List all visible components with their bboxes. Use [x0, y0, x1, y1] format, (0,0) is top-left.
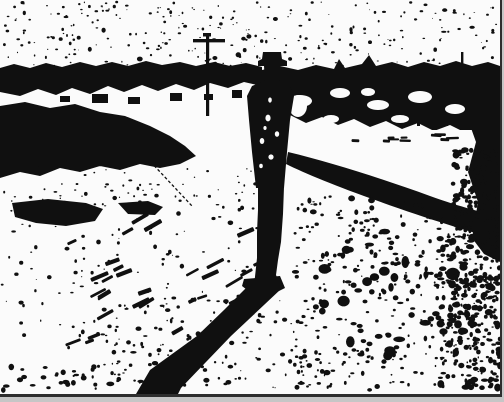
ground-blob-a [12, 199, 103, 226]
figure-hat [258, 52, 287, 66]
ground-blob-b [118, 201, 163, 215]
figure-shadow [136, 282, 281, 394]
figure-head [264, 66, 280, 81]
photo-svg [0, 0, 500, 394]
sky-speckles-bold [6, 5, 495, 66]
figure-torso [247, 80, 294, 188]
road-streak [288, 130, 472, 145]
figure-legs [254, 187, 284, 286]
brush-mass-left [0, 102, 196, 178]
horizon-band-left [0, 61, 262, 96]
bottom-left-cluster [1, 364, 121, 393]
framed-photo [0, 0, 504, 402]
sky-speckles-fine [3, 1, 497, 67]
photo-surface [0, 0, 502, 397]
treeline-right [262, 55, 500, 134]
